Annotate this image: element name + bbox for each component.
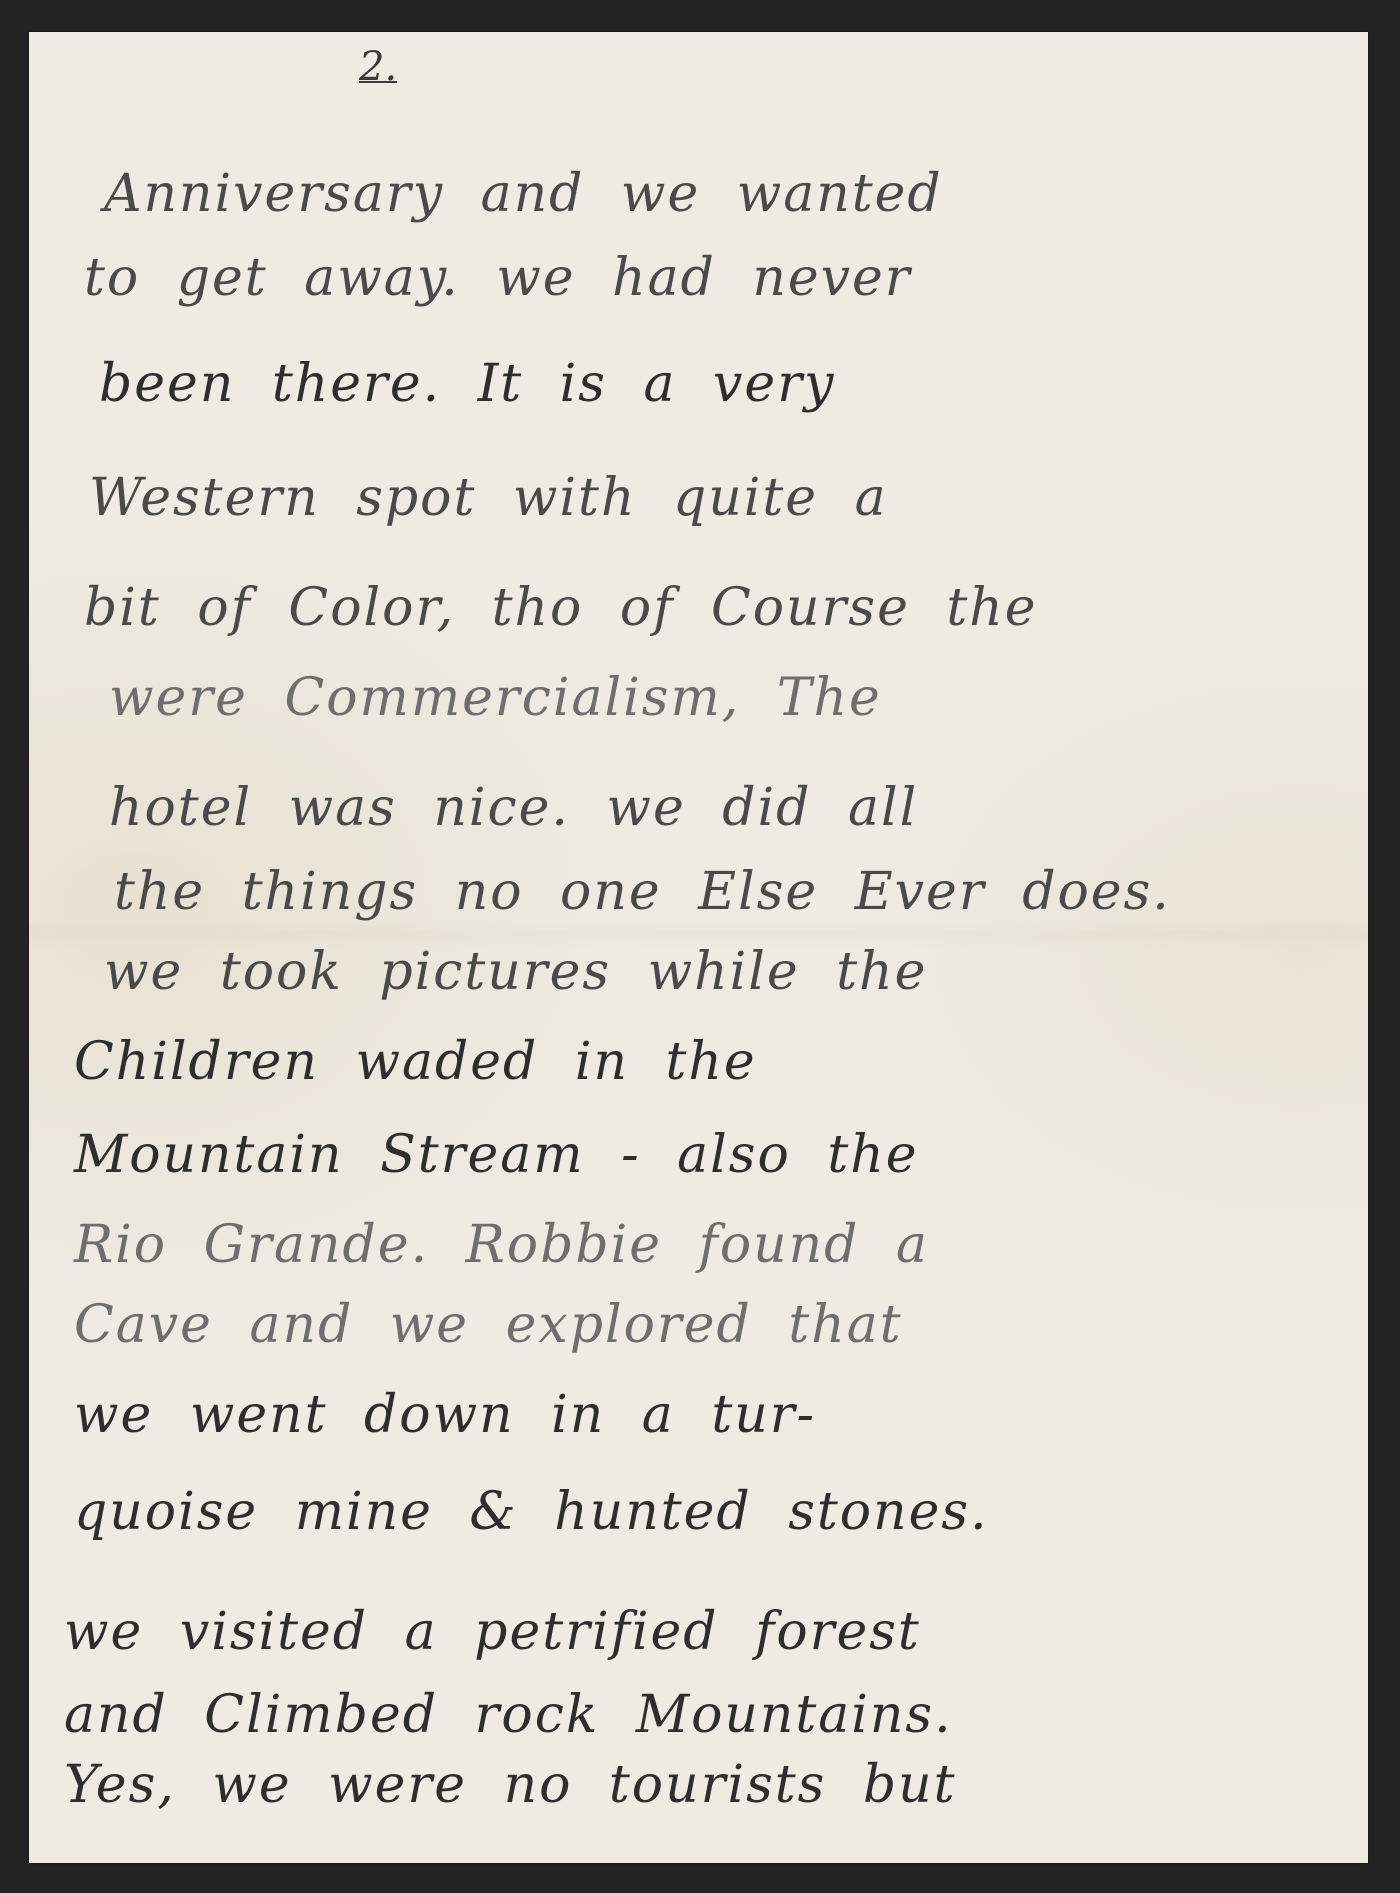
handwritten-line: hotel was nice. we did all <box>109 778 918 838</box>
handwritten-line: Cave and we explored that <box>74 1295 903 1355</box>
handwritten-line: Mountain Stream - also the <box>74 1125 918 1185</box>
handwritten-line: we visited a petrified forest <box>64 1602 921 1662</box>
handwritten-line: quoise mine & hunted stones. <box>74 1482 989 1542</box>
handwritten-line: bit of Color, tho of Course the <box>84 578 1038 638</box>
handwritten-line: the things no one Else Ever does. <box>114 862 1171 922</box>
handwritten-line: Children waded in the <box>74 1032 757 1092</box>
handwritten-line: to get away. we had never <box>84 248 912 308</box>
handwritten-line: Western spot with quite a <box>89 468 888 528</box>
handwritten-line: we went down in a tur- <box>74 1385 816 1445</box>
handwritten-line: and Climbed rock Mountains. <box>64 1685 953 1745</box>
letter-page: 2. Anniversary and we wanted to get away… <box>29 32 1368 1863</box>
handwritten-line: Anniversary and we wanted <box>104 164 943 224</box>
handwritten-line: we took pictures while the <box>104 942 927 1002</box>
handwritten-line: Yes, we were no tourists but <box>64 1755 957 1815</box>
handwritten-line: Rio Grande. Robbie found a <box>74 1215 929 1275</box>
handwritten-line: were Commercialism, The <box>109 668 882 728</box>
page-number: 2. <box>359 44 397 90</box>
handwritten-line: been there. It is a very <box>99 354 835 414</box>
